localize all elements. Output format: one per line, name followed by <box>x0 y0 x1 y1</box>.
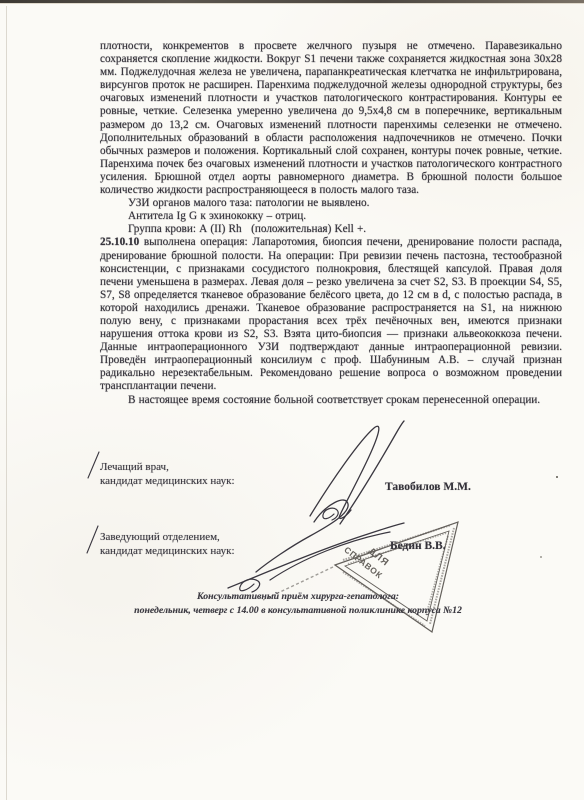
operation-description: выполнена операция: Лапаротомия, биопсия… <box>100 236 562 392</box>
paragraph-blood-group: Группа крови: А (II) Rh (положительная) … <box>100 223 562 236</box>
triangular-stamp: ДЛЯ СПРАВОК <box>255 510 480 642</box>
operation-date: 25.10.10 <box>100 236 139 248</box>
scan-speck <box>540 556 542 558</box>
head-of-department-label: Заведующий отделением, кандидат медицинс… <box>100 531 235 558</box>
scan-speck <box>556 476 558 478</box>
head-of-department-name: Бедин В.В. <box>390 540 446 552</box>
consultation-note: Консультативный приём хирурга-гепатолога… <box>112 590 484 617</box>
paragraph-current-state: В настоящее время состояние больной соот… <box>100 394 562 407</box>
scan-edge-top-shadow <box>0 3 584 4</box>
scan-speck <box>130 72 132 74</box>
attending-physician-role-line1: Лечащий врач, <box>100 461 235 475</box>
head-of-department-role-line2: кандидат медицинских наук: <box>100 545 235 559</box>
consultation-note-line1: Консультативный приём хирурга-гепатолога… <box>112 590 484 604</box>
attending-physician-role-line2: кандидат медицинских наук: <box>100 475 235 489</box>
paragraph-uzi: УЗИ органов малого таза: патологии не вы… <box>100 197 562 210</box>
consultation-note-line2: понедельник, четверг с 14.00 в консульта… <box>112 604 484 618</box>
paragraph-antibodies: Антитела Ig G к эхинококку – отриц. <box>100 210 562 223</box>
attending-physician-label: Лечащий врач, кандидат медицинских наук: <box>100 461 235 488</box>
scanned-page: плотности, конкрементов в просвете желчн… <box>0 0 584 800</box>
pen-slash-marks <box>84 448 104 578</box>
scan-edge-left <box>6 6 7 800</box>
head-of-department-role-line1: Заведующий отделением, <box>100 531 235 545</box>
paragraph-ct-findings: плотности, конкрементов в просвете желчн… <box>100 40 562 197</box>
paragraph-operation: 25.10.10 выполнена операция: Лапаротомия… <box>100 236 562 393</box>
document-body: плотности, конкрементов в просвете желчн… <box>100 40 562 407</box>
